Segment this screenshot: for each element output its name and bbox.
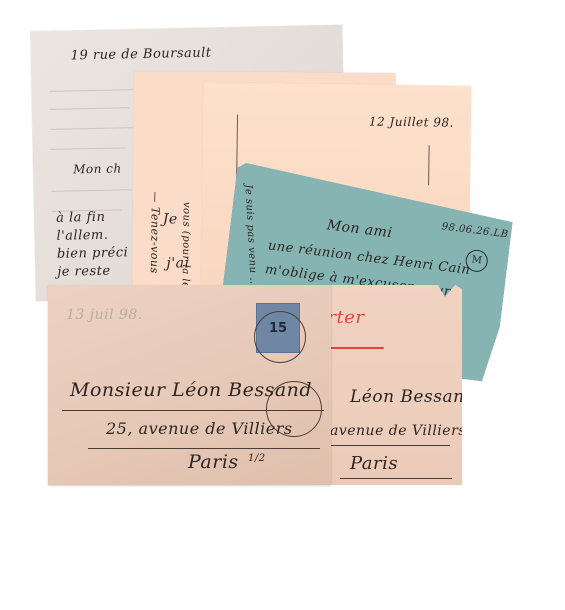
letters-photo: 19 rue de Boursault Mon ch à la fin l'al… bbox=[0, 0, 565, 610]
address-underline bbox=[340, 478, 452, 479]
faded-line bbox=[51, 147, 126, 150]
card-reference: 98.06.26.LB bbox=[441, 221, 509, 240]
envelope-line: Léon Bessand bbox=[350, 387, 476, 407]
address-underline bbox=[330, 445, 450, 446]
letter-address-line: 19 rue de Boursault bbox=[71, 46, 212, 64]
address-underline bbox=[88, 448, 320, 449]
letter-line: je reste bbox=[57, 264, 111, 280]
postmark-icon bbox=[254, 311, 306, 363]
envelope-line: avenue de Villiers bbox=[330, 423, 466, 439]
card-line: Je bbox=[163, 211, 178, 227]
letter-line: bien préci bbox=[57, 245, 129, 261]
faded-line bbox=[50, 127, 135, 130]
pencil-date: 13 juil 98. bbox=[66, 307, 143, 323]
faded-line bbox=[49, 89, 139, 92]
recipient-street: 25, avenue de Villiers bbox=[106, 419, 293, 438]
card-vertical-line: — Tenez-vous bbox=[148, 191, 162, 273]
card-side-note: Je suis pas venu ... bbox=[242, 184, 258, 288]
letter-line: Mon ch bbox=[73, 161, 122, 176]
envelope-front: 13 juil 98. 15 Monsieur Léon Bessand 25,… bbox=[48, 285, 331, 485]
envelope-line: Paris bbox=[350, 453, 398, 474]
envelope-note: 1/2 bbox=[248, 453, 266, 464]
address-underline bbox=[62, 410, 324, 411]
faded-line bbox=[52, 189, 132, 192]
letter-line: à la fin bbox=[56, 210, 106, 226]
recipient-city: Paris bbox=[188, 451, 239, 473]
recipient-name: Monsieur Léon Bessand bbox=[70, 379, 312, 401]
faded-line bbox=[50, 107, 130, 110]
margin-mark bbox=[428, 145, 430, 185]
card-date: 12 Juillet 98. bbox=[369, 114, 454, 129]
letter-line: l'allem. bbox=[56, 228, 108, 244]
card-line: Mon ami bbox=[326, 217, 393, 241]
